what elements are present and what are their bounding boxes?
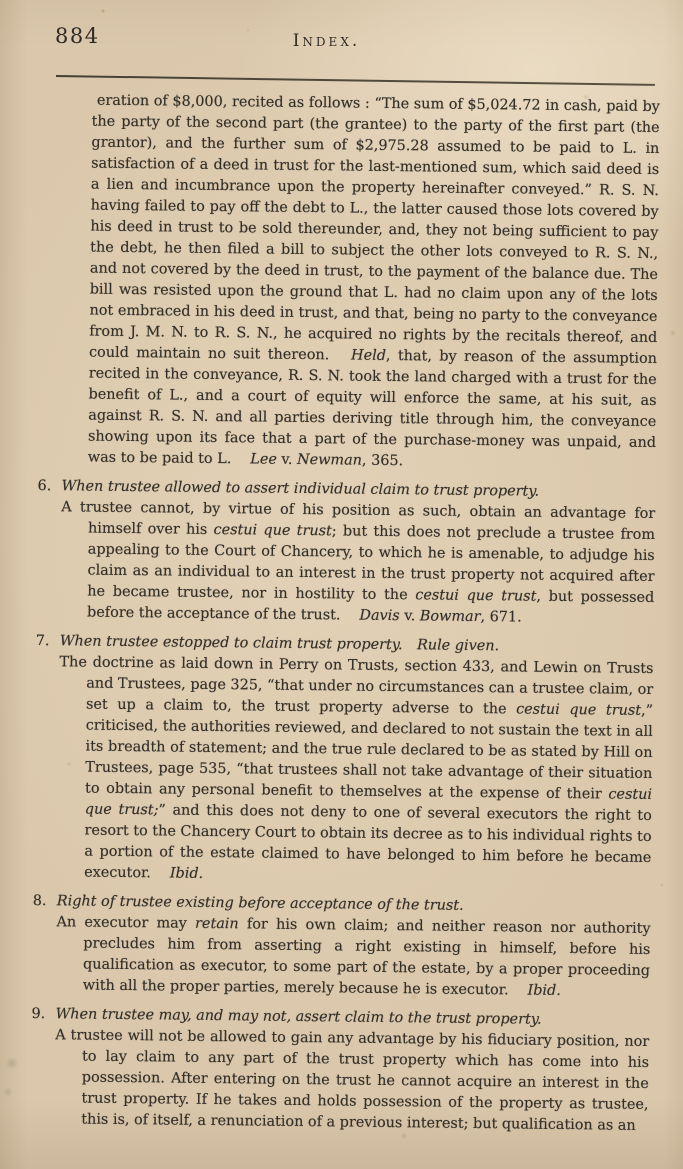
entry-text: A trustee will not be allowed to gain an… <box>54 1025 649 1137</box>
entry-text: The doctrine as laid down in Perry on Tr… <box>57 652 654 890</box>
entry-number: 8. <box>32 891 57 996</box>
book-page: 884 Index. eration of $8,000, recited as… <box>0 0 683 1169</box>
entry-body: When trustee allowed to assert individua… <box>60 476 656 630</box>
entry-text: An executor may retain for his own claim… <box>56 912 651 1003</box>
index-content: eration of $8,000, recited as follows : … <box>30 90 660 1137</box>
header-rule <box>56 75 655 85</box>
index-entry-8: 8. Right of trustee existing before acce… <box>32 891 651 1003</box>
entry-body: Right of trustee existing before accepta… <box>56 891 651 1003</box>
running-header-title: Index. <box>0 31 653 51</box>
index-entry-continuation: eration of $8,000, recited as follows : … <box>88 91 660 475</box>
index-entry-7: 7. When trustee estopped to claim trust … <box>33 631 654 890</box>
entry-number: 9. <box>30 1004 55 1130</box>
entry-body: When trustee may, and may not, assert cl… <box>54 1004 649 1137</box>
entry-number: 6. <box>36 476 62 623</box>
entry-number: 7. <box>33 631 60 883</box>
index-entry-9: 9. When trustee may, and may not, assert… <box>30 1004 649 1137</box>
index-entry-6: 6. When trustee allowed to assert indivi… <box>36 476 656 630</box>
entry-body: When trustee estopped to claim trust pro… <box>57 631 654 890</box>
entry-text: A trustee cannot, by virtue of his posit… <box>60 497 655 630</box>
